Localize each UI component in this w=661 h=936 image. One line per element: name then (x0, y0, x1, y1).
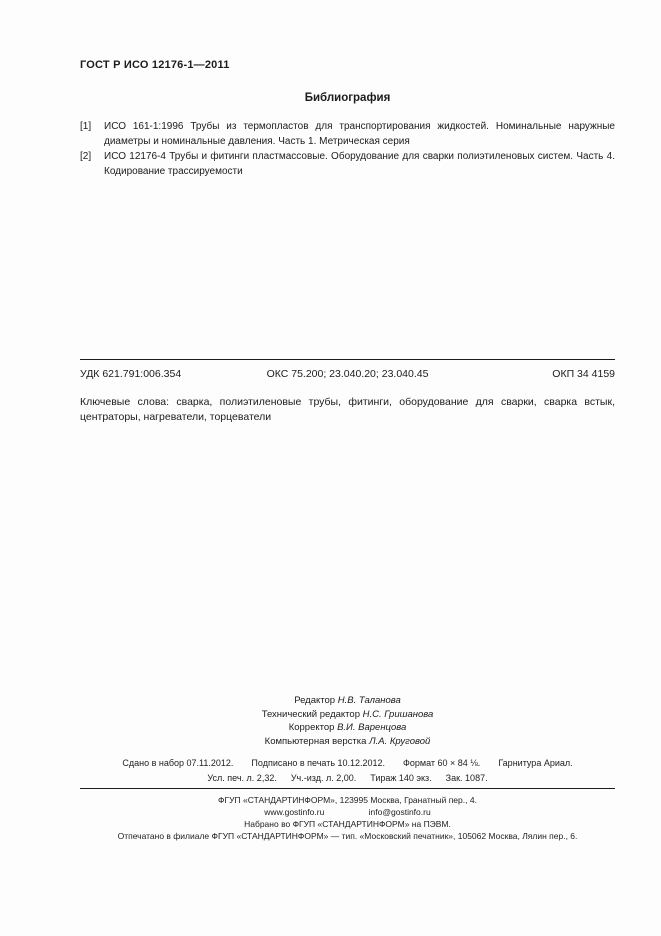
horizontal-rule-bottom (80, 788, 615, 789)
okp-code: ОКП 34 4159 (428, 368, 615, 380)
udk-code: УДК 621.791:006.354 (80, 368, 267, 380)
publisher-contacts: www.gostinfo.ru info@gostinfo.ru (80, 806, 615, 818)
document-page: ГОСТ Р ИСО 12176-1—2011 Библиография [1]… (0, 0, 661, 936)
bibliography-entry: [1] ИСО 161-1:1996 Трубы из термопластов… (80, 119, 615, 149)
classification-row: УДК 621.791:006.354 ОКС 75.200; 23.040.2… (80, 368, 615, 380)
oks-code: ОКС 75.200; 23.040.20; 23.040.45 (267, 368, 429, 380)
staff-name: Н.В. Таланова (338, 695, 401, 706)
imprint-typeface: Гарнитура Ариал. (498, 758, 572, 768)
bibliography-entry-text: ИСО 161-1:1996 Трубы из термопластов для… (104, 119, 615, 149)
staff-block: Редактор Н.В. Таланова Технический редак… (80, 694, 615, 748)
horizontal-rule-top (80, 359, 615, 360)
publisher-website: www.gostinfo.ru (264, 806, 324, 818)
bibliography-entry: [2] ИСО 12176-4 Трубы и фитинги пластмас… (80, 149, 615, 179)
publisher-address: ФГУП «СТАНДАРТИНФОРМ», 123995 Москва, Гр… (80, 794, 615, 806)
imprint-publish-sheets: Уч.-изд. л. 2,00. (291, 773, 356, 783)
bibliography-entry-marker: [2] (80, 149, 104, 179)
publisher-block: ФГУП «СТАНДАРТИНФОРМ», 123995 Москва, Гр… (80, 794, 615, 842)
imprint-circulation: Тираж 140 экз. (370, 773, 431, 783)
staff-line: Компьютерная верстка Л.А. Круговой (80, 735, 615, 749)
staff-line: Редактор Н.В. Таланова (80, 694, 615, 708)
staff-line: Технический редактор Н.С. Гришанова (80, 708, 615, 722)
imprint-format: Формат 60 × 84 ⅛. (403, 758, 480, 768)
imprint-print-date: Подписано в печать 10.12.2012. (251, 758, 385, 768)
imprint-typeset-date: Сдано в набор 07.11.2012. (122, 758, 233, 768)
staff-name: Л.А. Круговой (369, 736, 430, 747)
imprint-order-number: Зак. 1087. (446, 773, 488, 783)
imprint-print-sheets: Усл. печ. л. 2,32. (207, 773, 276, 783)
bibliography-entry-text: ИСО 12176-4 Трубы и фитинги пластмассовы… (104, 149, 615, 179)
staff-role: Корректор (289, 722, 335, 733)
typeset-note: Набрано во ФГУП «СТАНДАРТИНФОРМ» на ПЭВМ… (80, 818, 615, 830)
staff-role: Технический редактор (262, 709, 360, 720)
printed-note: Отпечатано в филиале ФГУП «СТАНДАРТИНФОР… (80, 830, 615, 842)
bibliography-entry-marker: [1] (80, 119, 104, 149)
publisher-email: info@gostinfo.ru (369, 806, 431, 818)
staff-role: Компьютерная верстка (265, 736, 367, 747)
keywords-paragraph: Ключевые слова: сварка, полиэтиленовые т… (80, 395, 615, 425)
imprint-line-2: Усл. печ. л. 2,32. Уч.-изд. л. 2,00. Тир… (80, 773, 615, 783)
staff-role: Редактор (294, 695, 335, 706)
document-code: ГОСТ Р ИСО 12176-1—2011 (80, 59, 615, 71)
staff-line: Корректор В.И. Варенцова (80, 721, 615, 735)
section-title: Библиография (80, 92, 615, 104)
bibliography-list: [1] ИСО 161-1:1996 Трубы из термопластов… (80, 119, 615, 179)
imprint-line-1: Сдано в набор 07.11.2012. Подписано в пе… (80, 758, 615, 768)
staff-name: Н.С. Гришанова (363, 709, 434, 720)
staff-name: В.И. Варенцова (337, 722, 406, 733)
